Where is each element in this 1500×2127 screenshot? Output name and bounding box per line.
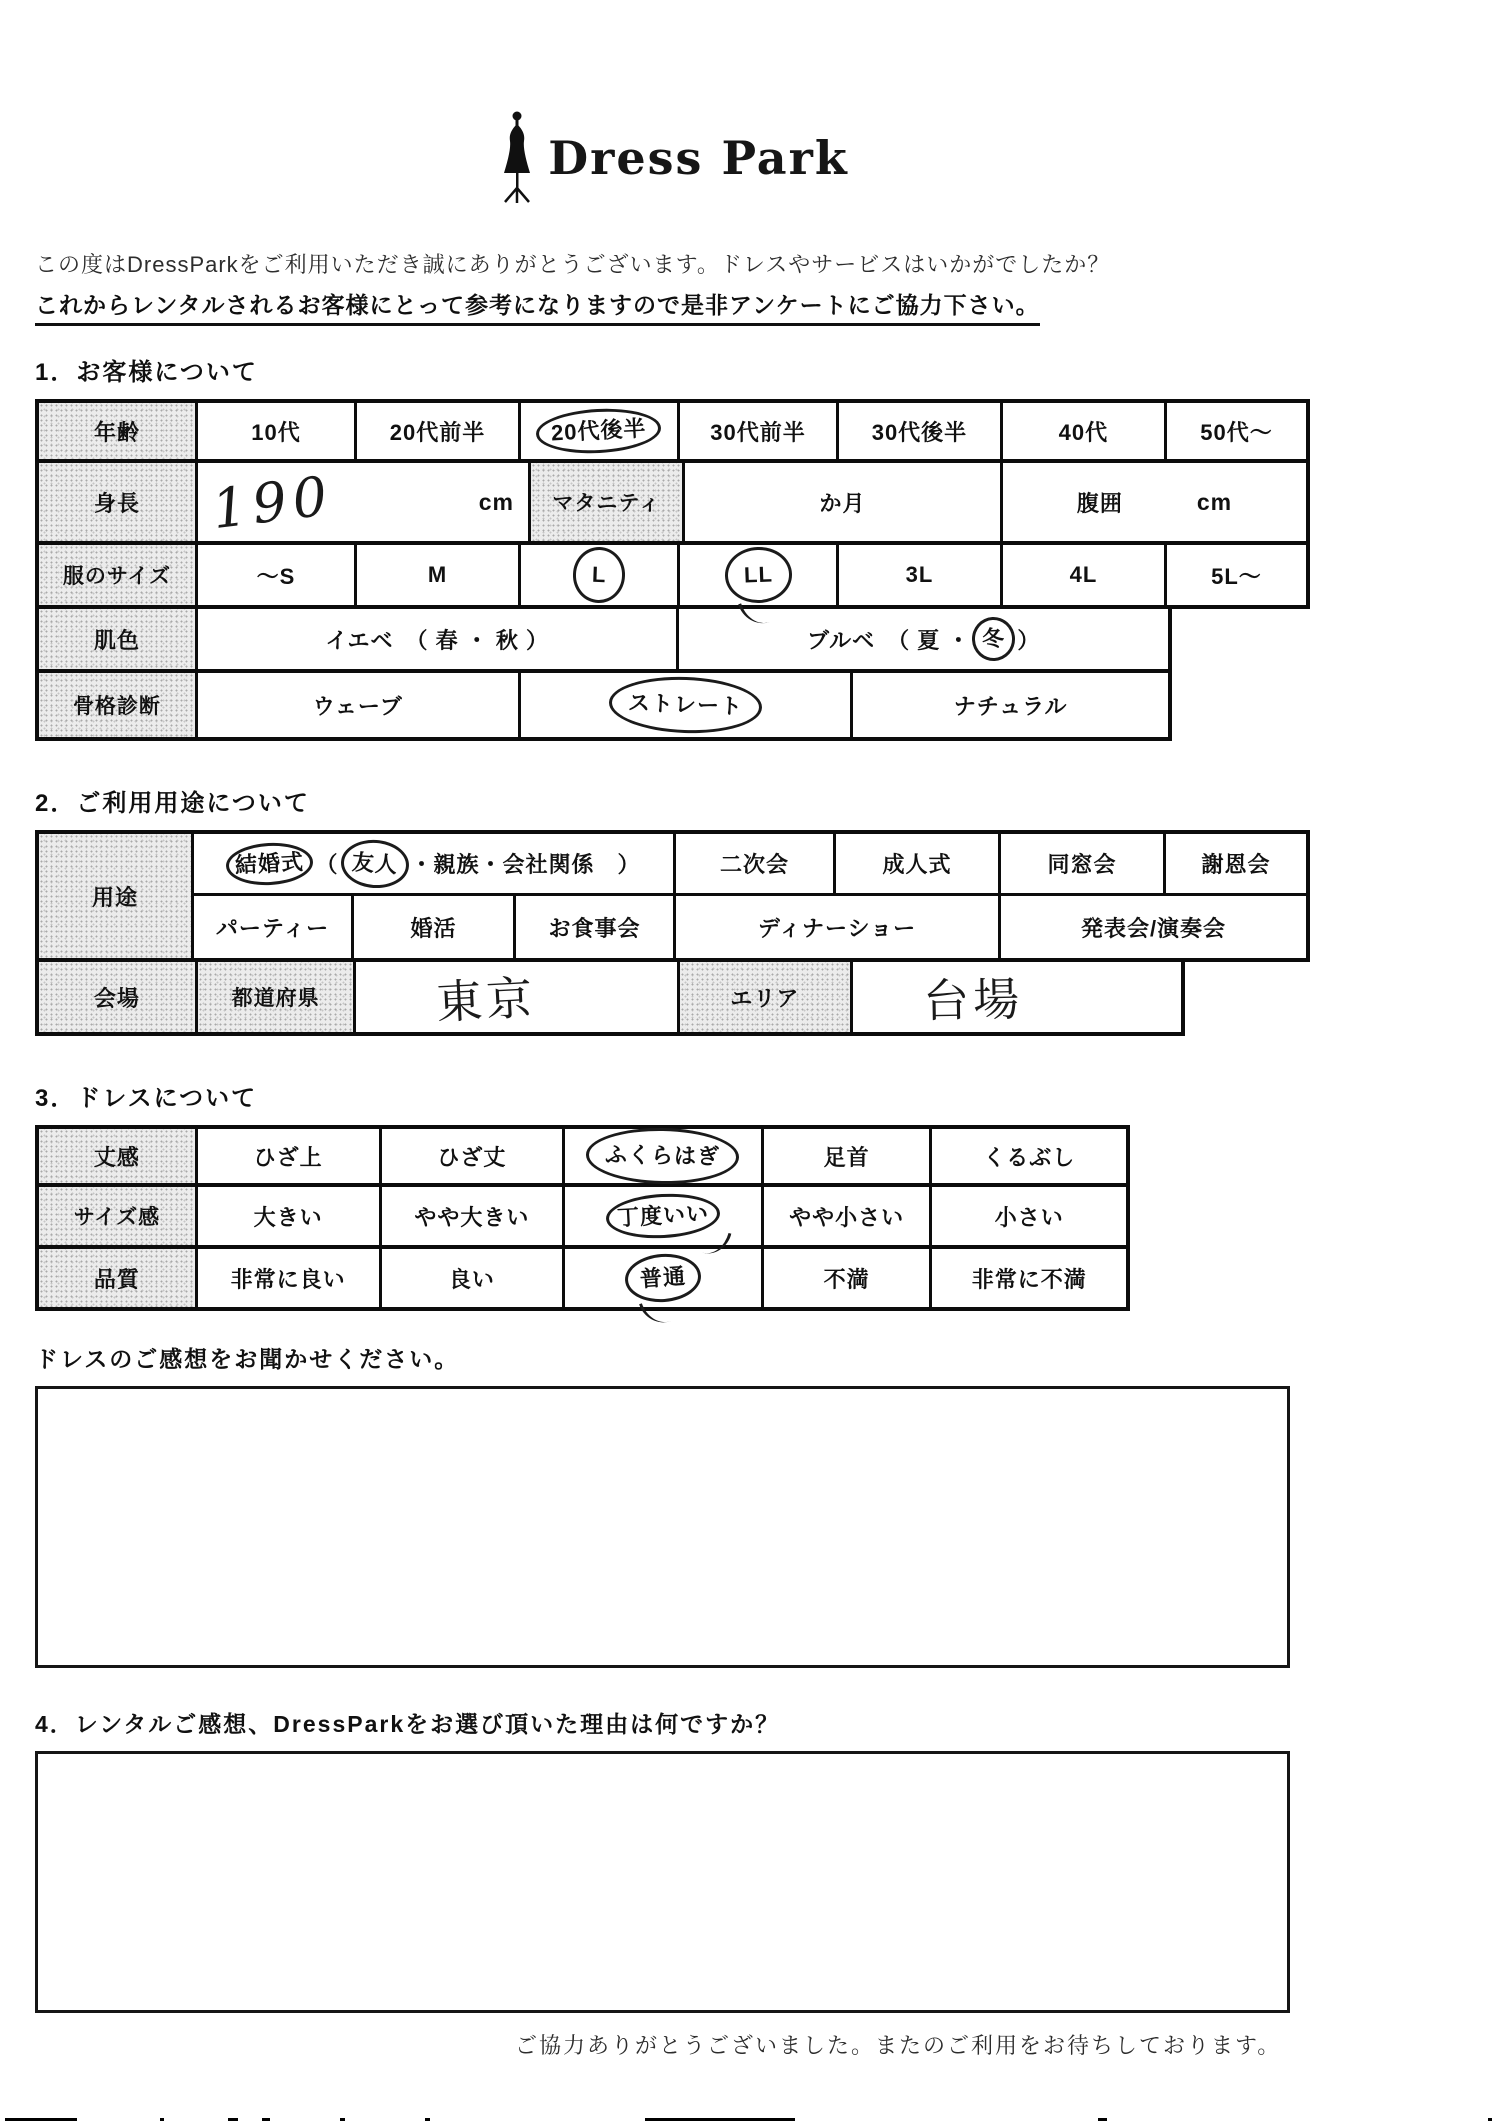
intro-line-1: この度はDressParkをご利用いただき誠にありがとうございます。ドレスやサー… [35,248,1310,279]
customer-table: 年齢 10代 20代前半 20代後半 30代前半 30代後半 40代 50代～ … [35,399,1310,741]
size-option-selected: LL [680,545,839,605]
length-label: 丈感 [39,1129,198,1183]
hand-circle: 結婚式 [225,840,314,886]
fit-option: 大きい [198,1187,382,1245]
size-option: 5L～ [1167,545,1306,605]
usage-option: お食事会 [516,896,676,958]
hand-circle: 冬 [971,616,1016,662]
usage-option: 婚活 [354,896,516,958]
skin-row: 肌色 イエベ （ 春 ・ 秋 ） ブルベ （ 夏 ・ 冬 ） [35,609,1172,673]
length-row: 丈感 ひざ上 ひざ丈 ふくらはぎ 足首 くるぶし [35,1125,1130,1187]
handwritten-height: 190 [209,463,337,540]
hand-circle: ストレート [608,675,763,736]
length-option: ひざ上 [198,1129,382,1183]
area-value: 台場 [853,962,1181,1032]
waist-cell: 腹囲 cm [1003,463,1306,541]
usage-upper-block: 用途 結婚式 （ 友人 ・親族・会社関係 ） 二次会 成人式 同窓会 謝恩会 [35,830,1310,962]
section1-heading: 1．お客様について [35,352,1310,387]
handwritten-area: 台場 [923,963,1024,1031]
paren-open: （ [315,848,338,879]
quality-row: 品質 非常に良い 良い 普通 不満 非常に不満 [35,1249,1130,1311]
usage-label: 用途 [39,834,194,958]
logo: Dress Park [35,0,1310,200]
usage-wedding-rest: ・親族・会社関係 ） [411,848,641,879]
usage-option: 発表会/演奏会 [1001,896,1306,958]
usage-option: 成人式 [836,834,1001,893]
skeleton-option: ウェーブ [198,673,521,737]
fit-option: やや大きい [382,1187,566,1245]
usage-option: 同窓会 [1001,834,1166,893]
usage-row-1: 結婚式 （ 友人 ・親族・会社関係 ） 二次会 成人式 同窓会 謝恩会 [194,834,1306,896]
quality-option: 非常に不満 [932,1249,1126,1307]
age-option: 50代～ [1167,403,1306,459]
waist-label: 腹囲 [1077,487,1123,518]
hand-circle: LL [724,546,793,604]
prefecture-value: 東京 [356,962,679,1032]
hand-circle: 丁度いい [605,1191,721,1241]
waist-unit: cm [1197,489,1232,516]
skeleton-option-selected: ストレート [521,673,854,737]
skin-yellow-option: イエベ （ 春 ・ 秋 ） [198,609,680,669]
maternity-label: マタニティ [531,463,685,541]
footer-thanks: ご協力ありがとうございました。またのご利用をお待ちしております。 [515,2029,1310,2060]
dress-table: 丈感 ひざ上 ひざ丈 ふくらはぎ 足首 くるぶし サイズ感 大きい やや大きい … [35,1125,1130,1311]
size-option: 3L [839,545,1003,605]
usage-table: 用途 結婚式 （ 友人 ・親族・会社関係 ） 二次会 成人式 同窓会 謝恩会 [35,830,1310,1036]
skeleton-label: 骨格診断 [39,673,198,737]
hand-circle: 友人 [339,837,410,889]
prefecture-label: 都道府県 [198,962,357,1032]
maternity-months-cell: か月 [685,463,1003,541]
scanned-survey-page: Dress Park この度はDressParkをご利用いただき誠にありがとうご… [0,0,1500,2127]
quality-option: 良い [382,1249,566,1307]
skeleton-option: ナチュラル [853,673,1168,737]
age-option-selected: 20代後半 [521,403,680,459]
hand-circle: L [572,546,626,603]
size-option: 4L [1003,545,1167,605]
length-option: ひざ丈 [382,1129,566,1183]
size-option-selected: L [521,545,680,605]
age-option: 40代 [1003,403,1167,459]
usage-row-2: パーティー 婚活 お食事会 ディナーショー 発表会/演奏会 [194,896,1306,958]
usage-option: パーティー [194,896,354,958]
skin-blue-prefix: ブルベ （ 夏 ・ [807,624,970,655]
size-option: ～S [198,545,357,605]
usage-option: ディナーショー [676,896,1001,958]
dress-comment-label: ドレスのご感想をお聞かせください。 [35,1341,1310,1374]
usage-option: 二次会 [676,834,836,893]
rental-comment-box [35,1751,1290,2013]
quality-option-selected: 普通 [565,1249,764,1307]
handwritten-prefecture: 東京 [435,961,538,1032]
skin-blue-option: ブルベ （ 夏 ・ 冬 ） [679,609,1168,669]
skeleton-row: 骨格診断 ウェーブ ストレート ナチュラル [35,673,1172,741]
age-option: 10代 [198,403,357,459]
rental-question-label: 4．レンタルご感想、DressParkをお選び頂いた理由は何ですか？ [35,1706,1310,1739]
usage-option: 謝恩会 [1166,834,1306,893]
hand-circle: 20代後半 [535,406,663,456]
length-option-selected: ふくらはぎ [565,1129,764,1183]
size-row: 服のサイズ ～S M L LL 3L 4L 5L～ [35,545,1310,609]
dress-mannequin-icon [496,110,538,206]
size-option: M [357,545,521,605]
venue-row: 会場 都道府県 東京 エリア 台場 [35,962,1185,1036]
usage-wedding-cell: 結婚式 （ 友人 ・親族・会社関係 ） [194,834,676,893]
skin-label: 肌色 [39,609,198,669]
brand-name: Dress Park [548,131,848,185]
age-row: 年齢 10代 20代前半 20代後半 30代前半 30代後半 40代 50代～ [35,399,1310,463]
age-option: 20代前半 [357,403,521,459]
hand-circle: 普通 [623,1252,702,1305]
area-label: エリア [680,962,854,1032]
quality-label: 品質 [39,1249,198,1307]
fit-row: サイズ感 大きい やや大きい 丁度いい やや小さい 小さい [35,1187,1130,1249]
scan-artifact-line [0,2118,1500,2122]
height-label: 身長 [39,463,198,541]
hand-circle: ふくらはぎ [586,1127,740,1185]
age-option: 30代前半 [680,403,839,459]
dress-comment-box [35,1386,1290,1668]
quality-option: 不満 [764,1249,933,1307]
section2-heading: 2．ご利用用途について [35,783,1310,818]
size-label: 服のサイズ [39,545,198,605]
height-row: 身長 190 cm マタニティ か月 腹囲 cm [35,463,1310,545]
height-value-cell: 190 cm [198,463,531,541]
fit-label: サイズ感 [39,1187,198,1245]
fit-option-selected: 丁度いい [565,1187,764,1245]
venue-label: 会場 [39,962,198,1032]
fit-option: やや小さい [764,1187,933,1245]
quality-option: 非常に良い [198,1249,382,1307]
intro-line-2: これからレンタルされるお客様にとって参考になりますので是非アンケートにご協力下さ… [35,287,1310,326]
skin-blue-suffix: ） [1017,624,1040,655]
height-unit: cm [479,489,514,516]
age-label: 年齢 [39,403,198,459]
length-option: 足首 [764,1129,933,1183]
fit-option: 小さい [932,1187,1126,1245]
section3-heading: 3．ドレスについて [35,1078,1310,1113]
age-option: 30代後半 [839,403,1003,459]
length-option: くるぶし [932,1129,1126,1183]
